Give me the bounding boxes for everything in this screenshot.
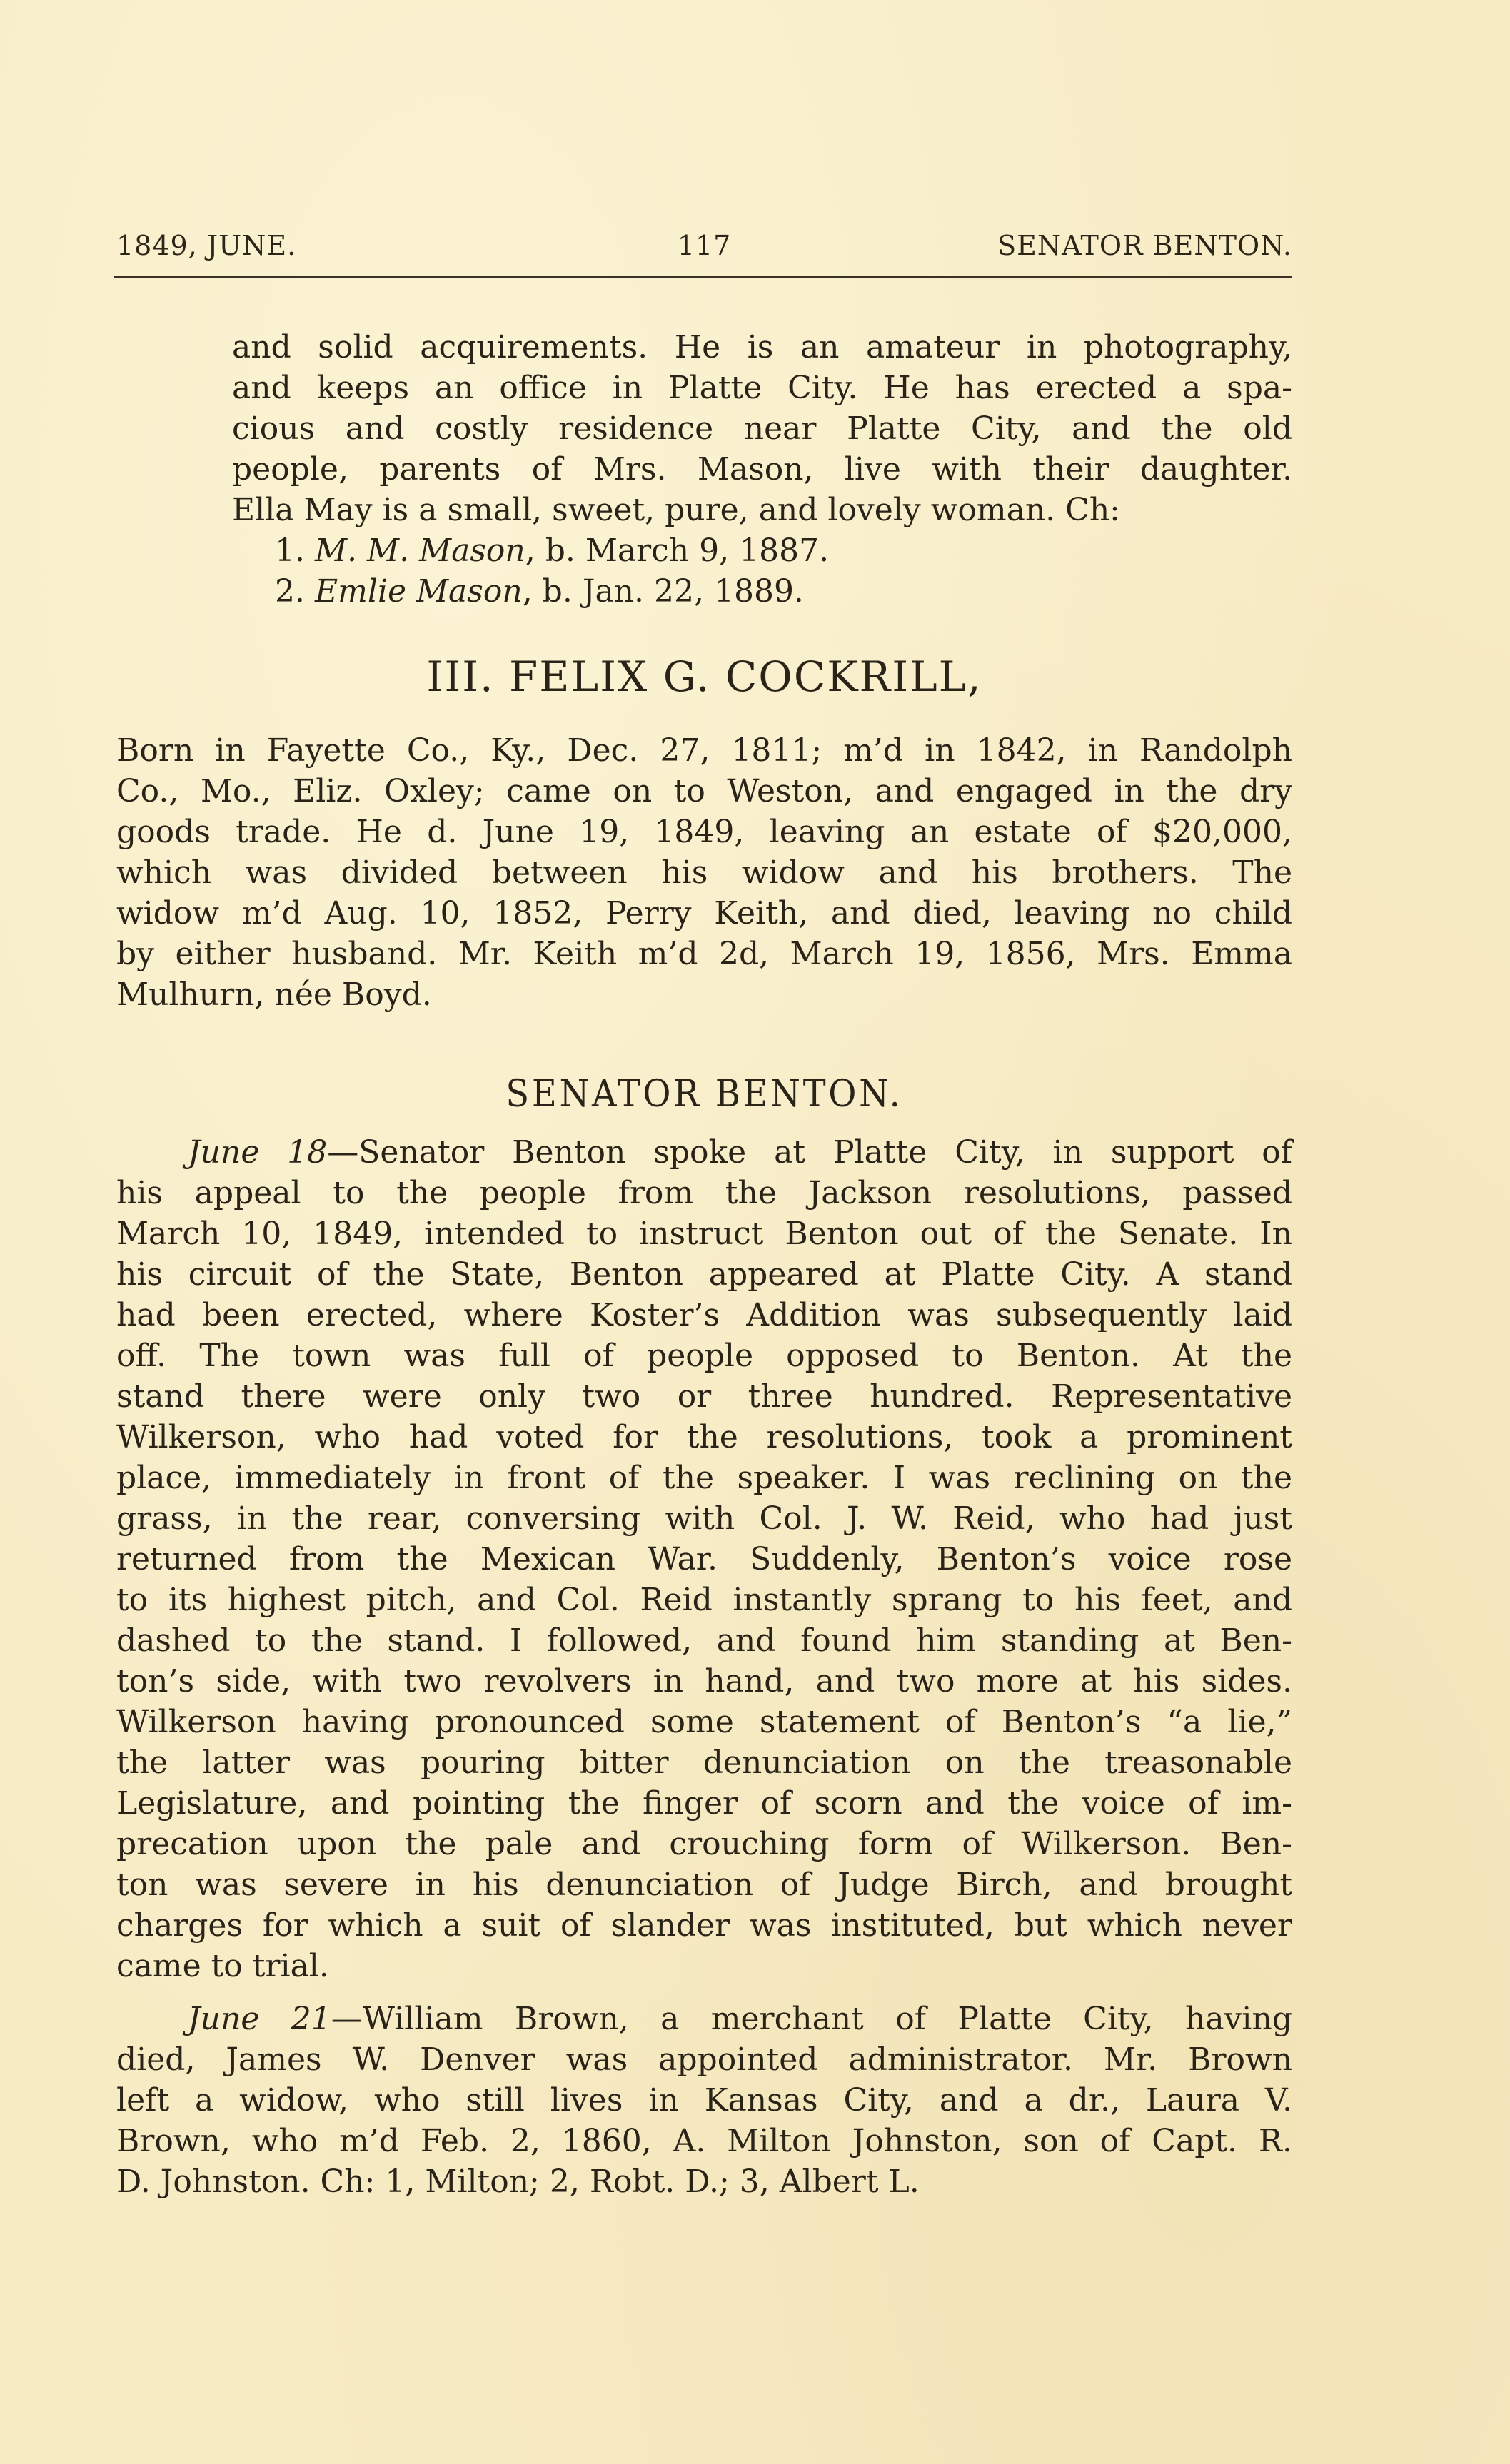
running-head: 1849, JUNE. 117 SENATOR BENTON. [116, 227, 1292, 264]
entry-date: June 18 [188, 1134, 327, 1171]
text-line: ton was severe in his denunciation of Ju… [116, 1864, 1292, 1905]
running-head-title: SENATOR BENTON. [997, 227, 1292, 264]
child-list-item: 2. Emlie Mason, b. Jan. 22, 1889. [232, 571, 1292, 612]
header-rule [114, 276, 1292, 278]
text-line: Brown, who m’d Feb. 2, 1860, A. Milton J… [116, 2121, 1292, 2161]
text-line: left a widow, who still lives in Kansas … [116, 2080, 1292, 2121]
book-page: 1849, JUNE. 117 SENATOR BENTON. and soli… [0, 0, 1510, 2464]
text-line: Ella May is a small, sweet, pure, and lo… [232, 490, 1292, 530]
child-detail: , b. Jan. 22, 1889. [523, 573, 804, 610]
intro-paragraph: and solid acquirements. He is an amateur… [232, 327, 1292, 612]
text-line: dashed to the stand. I followed, and fou… [116, 1620, 1292, 1661]
text-line: ton’s side, with two revolvers in hand, … [116, 1661, 1292, 1702]
text-line: goods trade. He d. June 19, 1849, leavin… [116, 812, 1292, 852]
text-line: and keeps an office in Platte City. He h… [232, 368, 1292, 408]
child-detail: , b. March 9, 1887. [525, 532, 829, 569]
text-line: D. Johnston. Ch: 1, Milton; 2, Robt. D.;… [116, 2161, 1292, 2202]
entry-text: —Senator Benton spoke at Platte City, in… [327, 1134, 1292, 1171]
child-list-item: 1. M. M. Mason, b. March 9, 1887. [232, 530, 1292, 571]
entry-june-18: June 18—Senator Benton spoke at Platte C… [116, 1132, 1292, 1986]
list-number: 1. [275, 532, 305, 569]
text-line: charges for which a suit of slander was … [116, 1905, 1292, 1946]
text-line: Legislature, and pointing the finger of … [116, 1783, 1292, 1824]
text-line: to its highest pitch, and Col. Reid inst… [116, 1580, 1292, 1620]
section-heading-benton: SENATOR BENTON. [163, 1069, 1245, 1119]
text-line: March 10, 1849, intended to instruct Ben… [116, 1213, 1292, 1254]
section-heading-cockrill: III. FELIX G. COCKRILL, [116, 652, 1292, 702]
entry-text: —William Brown, a merchant of Platte Cit… [331, 2001, 1292, 2037]
text-line: Co., Mo., Eliz. Oxley; came on to Weston… [116, 771, 1292, 812]
entry-date: June 21 [188, 2001, 331, 2037]
text-line: had been erected, where Koster’s Additio… [116, 1295, 1292, 1335]
child-name: Emlie Mason [315, 573, 523, 610]
text-line: off. The town was full of people opposed… [116, 1335, 1292, 1376]
list-number: 2. [275, 573, 305, 610]
child-name: M. M. Mason [315, 532, 525, 569]
text-line: Wilkerson, who had voted for the resolut… [116, 1417, 1292, 1458]
text-line: widow m’d Aug. 10, 1852, Perry Keith, an… [116, 893, 1292, 934]
text-line: cious and costly residence near Platte C… [232, 408, 1292, 449]
text-line: place, immediately in front of the speak… [116, 1458, 1292, 1498]
entry-first-line: June 21—William Brown, a merchant of Pla… [116, 1999, 1292, 2039]
text-line: returned from the Mexican War. Suddenly,… [116, 1539, 1292, 1580]
text-line: his appeal to the people from the Jackso… [116, 1173, 1292, 1213]
text-line: the latter was pouring bitter denunciati… [116, 1742, 1292, 1783]
text-line: grass, in the rear, conversing with Col.… [116, 1498, 1292, 1539]
text-line: people, parents of Mrs. Mason, live with… [232, 449, 1292, 490]
entry-june-21: June 21—William Brown, a merchant of Pla… [116, 1999, 1292, 2202]
text-line: precation upon the pale and crouching fo… [116, 1824, 1292, 1864]
text-line: came to trial. [116, 1946, 1292, 1986]
text-line: Mulhurn, née Boyd. [116, 974, 1292, 1015]
text-line: which was divided between his widow and … [116, 852, 1292, 893]
text-line: by either husband. Mr. Keith m’d 2d, Mar… [116, 934, 1292, 974]
text-line: died, James W. Denver was appointed admi… [116, 2039, 1292, 2080]
entry-first-line: June 18—Senator Benton spoke at Platte C… [116, 1132, 1292, 1173]
text-line: and solid acquirements. He is an amateur… [232, 327, 1292, 368]
text-line: his circuit of the State, Benton appeare… [116, 1254, 1292, 1295]
text-line: Born in Fayette Co., Ky., Dec. 27, 1811;… [116, 730, 1292, 771]
cockrill-paragraph: Born in Fayette Co., Ky., Dec. 27, 1811;… [116, 730, 1292, 1015]
text-line: stand there were only two or three hundr… [116, 1376, 1292, 1417]
text-line: Wilkerson having pronounced some stateme… [116, 1702, 1292, 1742]
